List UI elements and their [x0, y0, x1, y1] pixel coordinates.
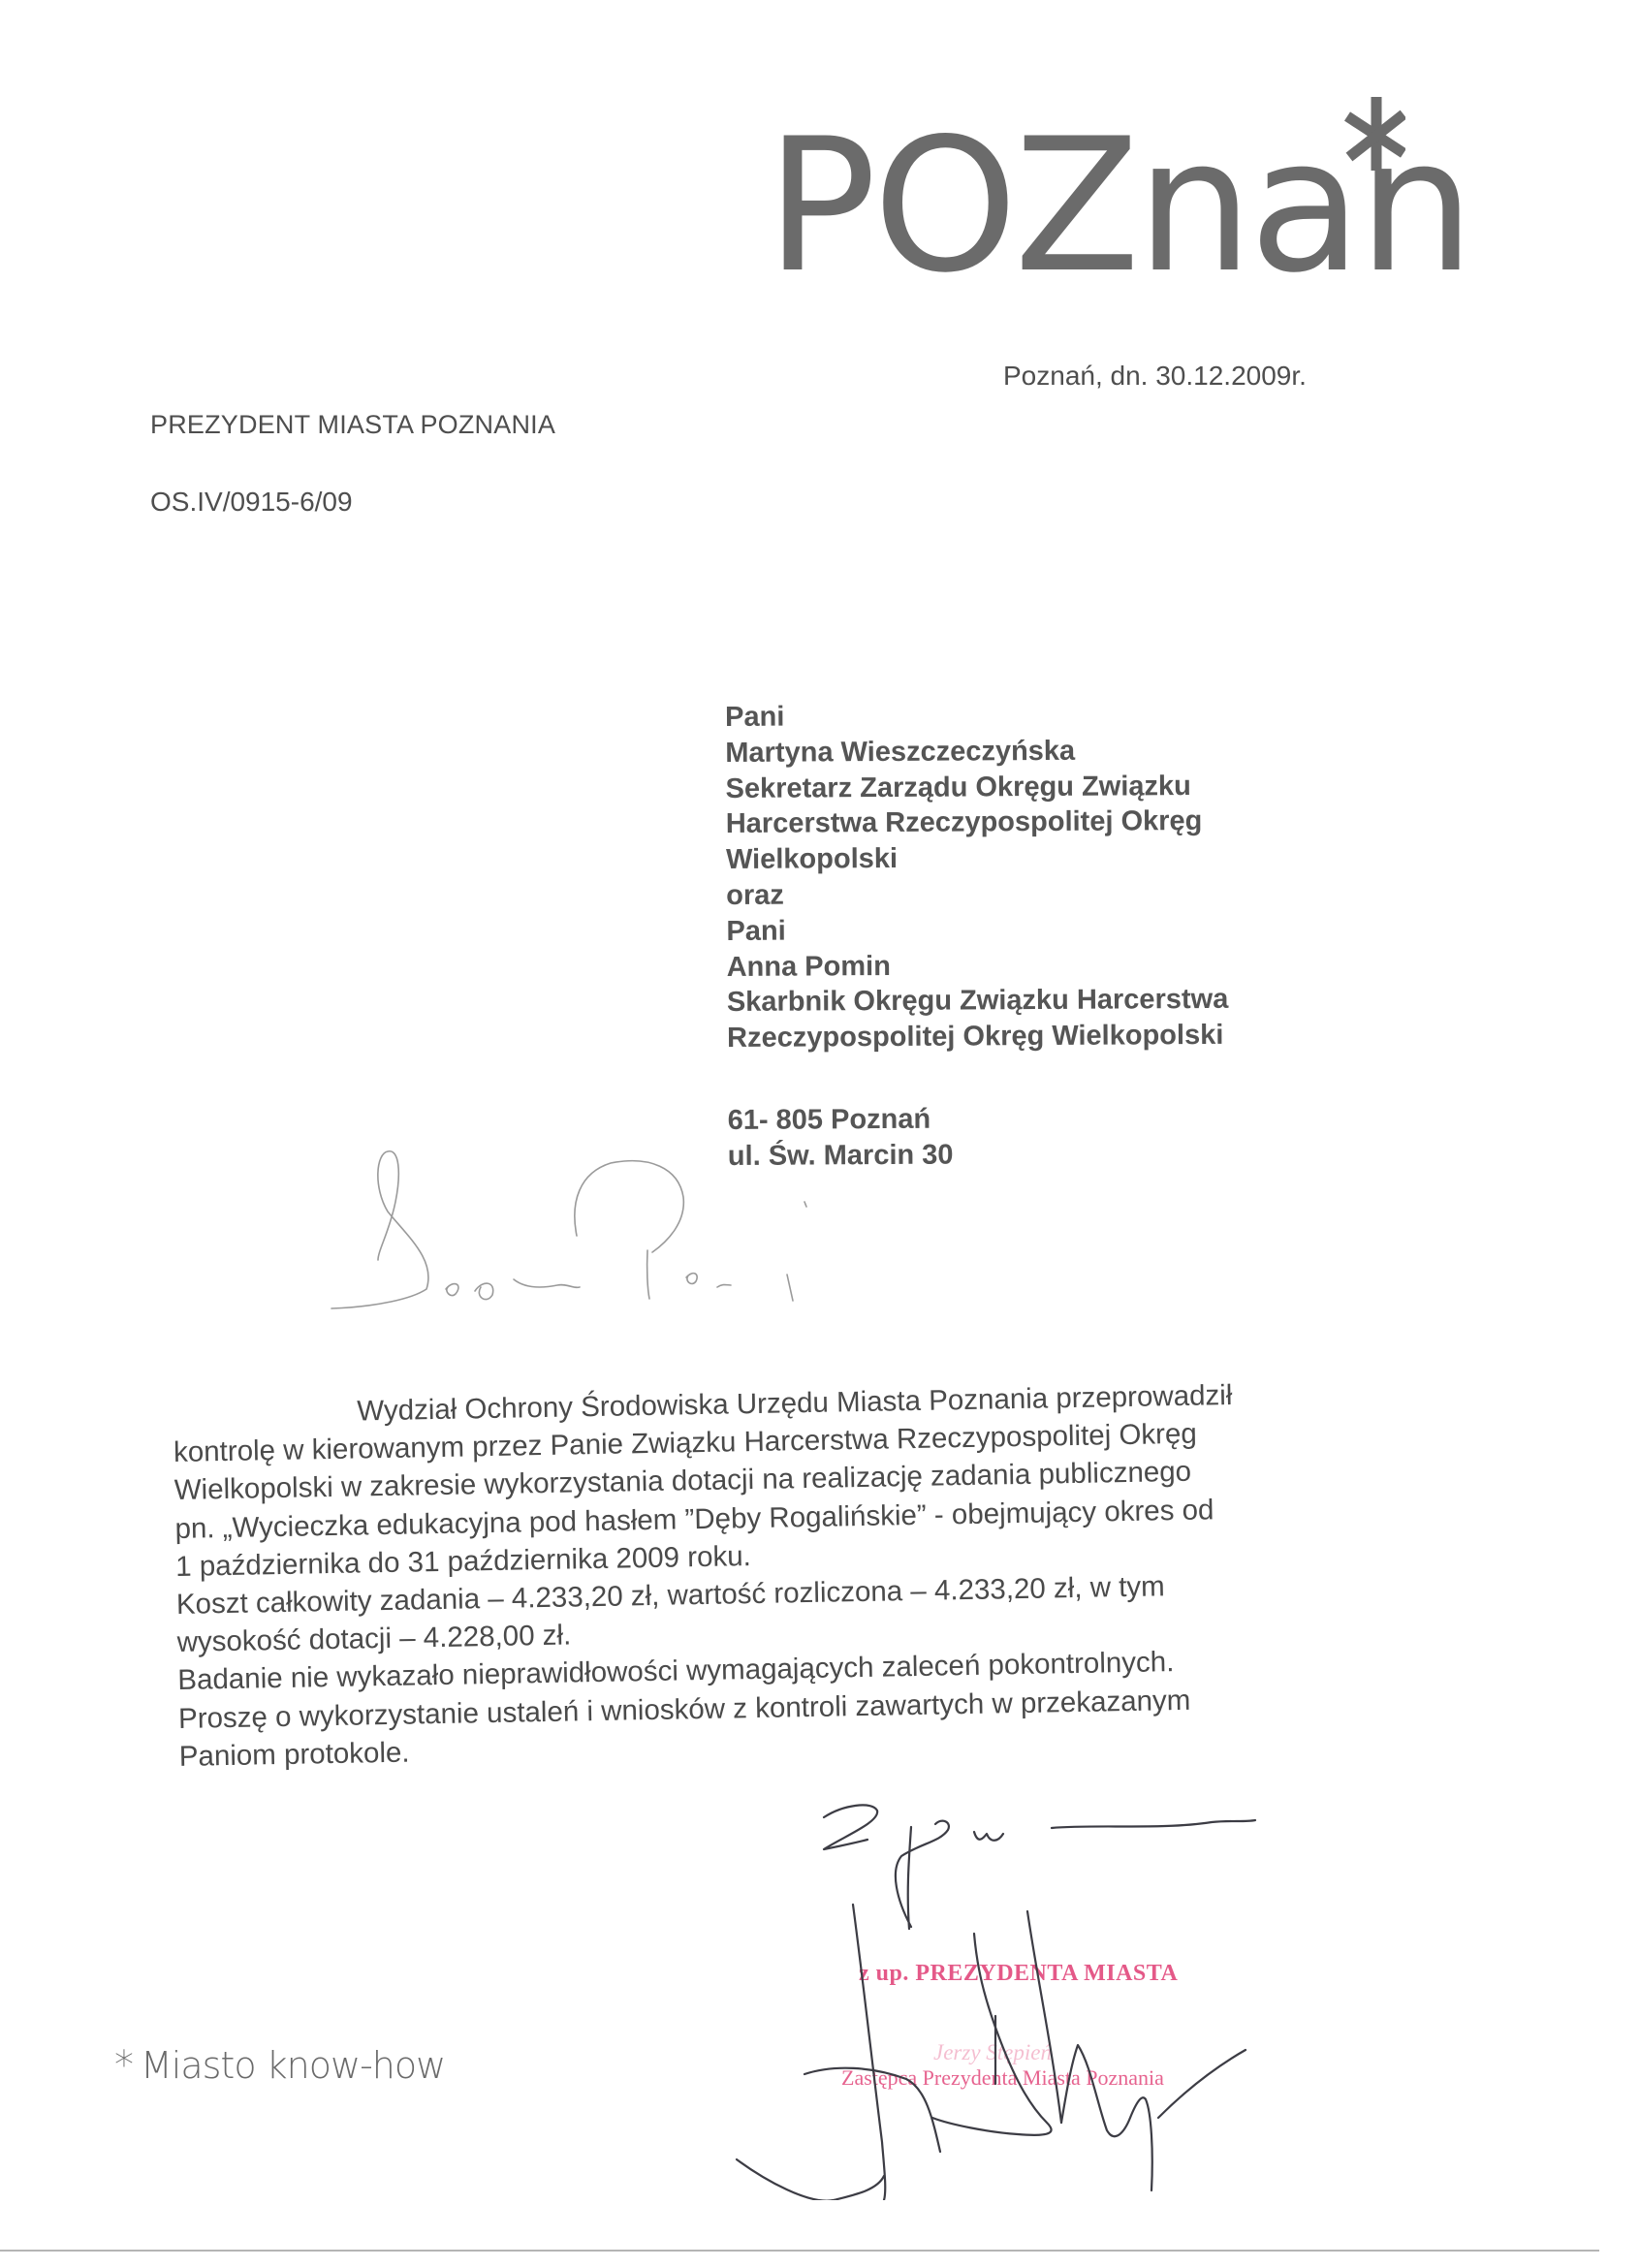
footer-tagline: *Miasto know-how	[114, 2043, 445, 2088]
postal-code-city: 61- 805 Poznań	[728, 1100, 1230, 1139]
recipient-line: Pani	[726, 911, 1228, 950]
issuer-title: PREZYDENT MIASTA POZNANIA	[150, 410, 555, 440]
recipient-line: oraz	[726, 875, 1228, 914]
reference-number: OS.IV/0915-6/09	[150, 487, 353, 518]
page-bottom-divider	[0, 2250, 1599, 2252]
handwritten-signature-receipt	[320, 1144, 1250, 1338]
recipient-line: Martyna Wieszczeczyńska	[725, 733, 1227, 772]
spacer	[727, 1054, 1229, 1103]
recipient-line: Pani	[725, 697, 1227, 736]
place-and-date: Poznań, dn. 30.12.2009r.	[1003, 361, 1307, 392]
letter-body: Wydział Ochrony Środowiska Urzędu Miasta…	[173, 1373, 1397, 1776]
asterisk-icon: *	[114, 2043, 133, 2088]
recipient-line: Sekretarz Zarządu Okręgu Związku	[725, 768, 1227, 806]
poznan-logo: POZnan	[766, 124, 1425, 289]
recipient-line: Harcerstwa Rzeczypospolitej Okręg	[726, 803, 1228, 842]
recipient-address-block: Pani Martyna Wieszczeczyńska Sekretarz Z…	[725, 697, 1229, 1175]
asterisk-star-icon	[1343, 97, 1405, 173]
tagline-text: Miasto know-how	[141, 2044, 445, 2087]
recipient-line: Anna Pomin	[727, 946, 1229, 985]
handwritten-signature-deputy-mayor	[717, 1783, 1357, 2200]
recipient-line: Wielkopolski	[726, 839, 1228, 878]
recipient-line: Rzeczypospolitej Okręg Wielkopolski	[727, 1018, 1229, 1056]
recipient-line: Skarbnik Okręgu Związku Harcerstwa	[727, 982, 1229, 1021]
